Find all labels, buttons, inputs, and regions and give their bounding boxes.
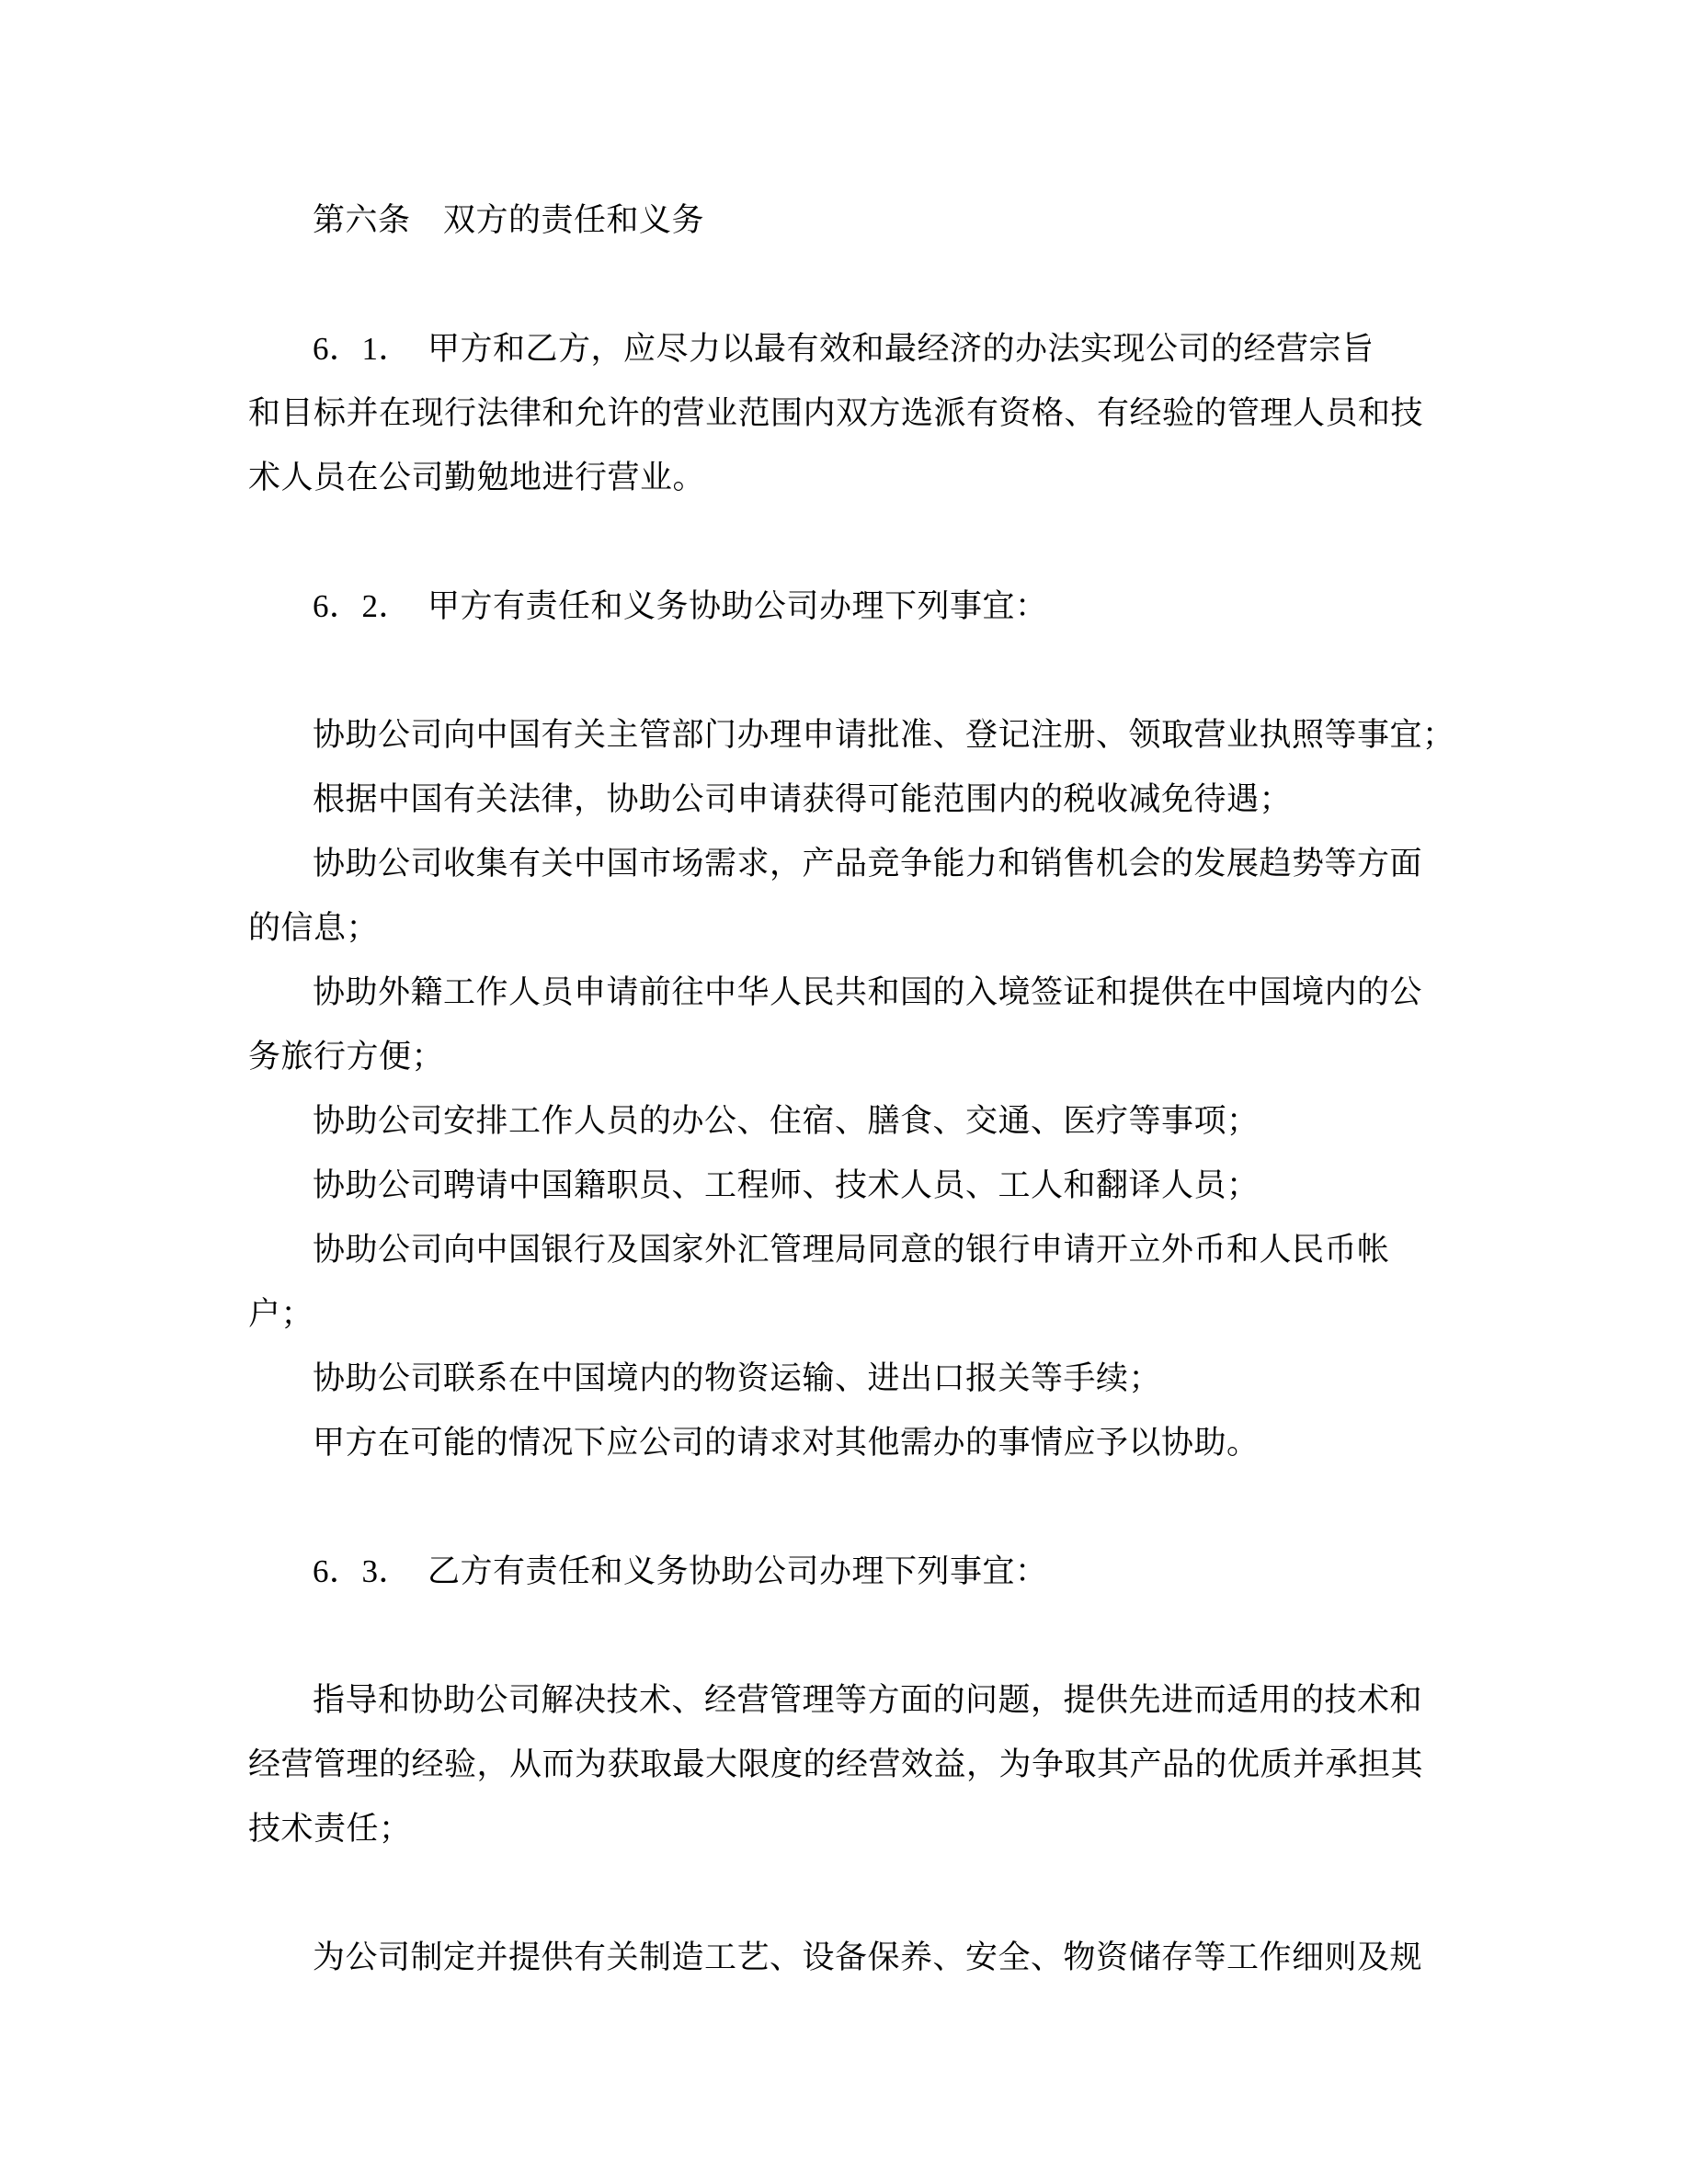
text-line: 经营管理的经验，从而为获取最大限度的经营效益，为争取其产品的优质并承担其 xyxy=(248,1733,1453,1797)
text-line: 甲方在可能的情况下应公司的请求对其他需办的事情应予以协助。 xyxy=(248,1411,1453,1475)
text-line: 6．3． 乙方有责任和义务协助公司办理下列事宜： xyxy=(248,1540,1453,1604)
text-line: 指导和协助公司解决技术、经营管理等方面的问题，提供先进而适用的技术和 xyxy=(248,1668,1453,1733)
clause-6-3-item-1: 指导和协助公司解决技术、经营管理等方面的问题，提供先进而适用的技术和 经营管理的… xyxy=(248,1668,1453,1861)
text-line: 6．2． 甲方有责任和义务协助公司办理下列事宜： xyxy=(248,574,1453,639)
clause-6-3-item-2: 为公司制定并提供有关制造工艺、设备保养、安全、物资储存等工作细则及规 xyxy=(248,1926,1453,1990)
article-heading: 第六条 双方的责任和义务 xyxy=(248,188,1453,253)
text-line: 务旅行方便； xyxy=(248,1025,1453,1089)
text-line: 户； xyxy=(248,1282,1453,1347)
clause-6-2-heading: 6．2． 甲方有责任和义务协助公司办理下列事宜： xyxy=(248,574,1453,639)
contract-article-6: 第六条 双方的责任和义务 6．1． 甲方和乙方，应尽力以最有效和最经济的办法实现… xyxy=(248,188,1453,1990)
document-page: 第六条 双方的责任和义务 6．1． 甲方和乙方，应尽力以最有效和最经济的办法实现… xyxy=(0,0,1688,2184)
clause-6-1: 6．1． 甲方和乙方，应尽力以最有效和最经济的办法实现公司的经营宗旨 和目标并在… xyxy=(248,317,1453,510)
text-line: 协助公司安排工作人员的办公、住宿、膳食、交通、医疗等事项； xyxy=(248,1089,1453,1154)
text-line: 协助公司收集有关中国市场需求，产品竞争能力和销售机会的发展趋势等方面 xyxy=(248,832,1453,896)
clause-6-2-item-7: 协助公司向中国银行及国家外汇管理局同意的银行申请开立外币和人民币帐 户； xyxy=(248,1218,1453,1347)
clause-6-2-item-3: 协助公司收集有关中国市场需求，产品竞争能力和销售机会的发展趋势等方面 的信息； xyxy=(248,832,1453,961)
text-line: 根据中国有关法律，协助公司申请获得可能范围内的税收减免待遇； xyxy=(248,768,1453,832)
clause-6-2-item-5: 协助公司安排工作人员的办公、住宿、膳食、交通、医疗等事项； xyxy=(248,1089,1453,1154)
text-line: 的信息； xyxy=(248,896,1453,961)
text-line: 术人员在公司勤勉地进行营业。 xyxy=(248,446,1453,510)
text-line: 协助公司向中国有关主管部门办理申请批准、登记注册、领取营业执照等事宜； xyxy=(248,703,1453,768)
clause-6-3-heading: 6．3． 乙方有责任和义务协助公司办理下列事宜： xyxy=(248,1540,1453,1604)
clause-6-2-item-1: 协助公司向中国有关主管部门办理申请批准、登记注册、领取营业执照等事宜； xyxy=(248,703,1453,768)
text-line: 协助公司联系在中国境内的物资运输、进出口报关等手续； xyxy=(248,1347,1453,1411)
text-line: 协助公司向中国银行及国家外汇管理局同意的银行申请开立外币和人民币帐 xyxy=(248,1218,1453,1282)
text-line: 6．1． 甲方和乙方，应尽力以最有效和最经济的办法实现公司的经营宗旨 xyxy=(248,317,1453,381)
text-line: 和目标并在现行法律和允许的营业范围内双方选派有资格、有经验的管理人员和技 xyxy=(248,381,1453,446)
text-line: 技术责任； xyxy=(248,1797,1453,1861)
clause-6-2-item-2: 根据中国有关法律，协助公司申请获得可能范围内的税收减免待遇； xyxy=(248,768,1453,832)
clause-6-2-items: 协助公司向中国有关主管部门办理申请批准、登记注册、领取营业执照等事宜； 根据中国… xyxy=(248,703,1453,1475)
clause-6-2-item-6: 协助公司聘请中国籍职员、工程师、技术人员、工人和翻译人员； xyxy=(248,1154,1453,1218)
clause-6-2-item-9: 甲方在可能的情况下应公司的请求对其他需办的事情应予以协助。 xyxy=(248,1411,1453,1475)
text-line: 协助外籍工作人员申请前往中华人民共和国的入境签证和提供在中国境内的公 xyxy=(248,961,1453,1025)
text-line: 协助公司聘请中国籍职员、工程师、技术人员、工人和翻译人员； xyxy=(248,1154,1453,1218)
clause-6-2-item-4: 协助外籍工作人员申请前往中华人民共和国的入境签证和提供在中国境内的公 务旅行方便… xyxy=(248,961,1453,1089)
article-heading-text: 第六条 双方的责任和义务 xyxy=(248,188,1453,253)
text-line: 为公司制定并提供有关制造工艺、设备保养、安全、物资储存等工作细则及规 xyxy=(248,1926,1453,1990)
clause-6-2-item-8: 协助公司联系在中国境内的物资运输、进出口报关等手续； xyxy=(248,1347,1453,1411)
